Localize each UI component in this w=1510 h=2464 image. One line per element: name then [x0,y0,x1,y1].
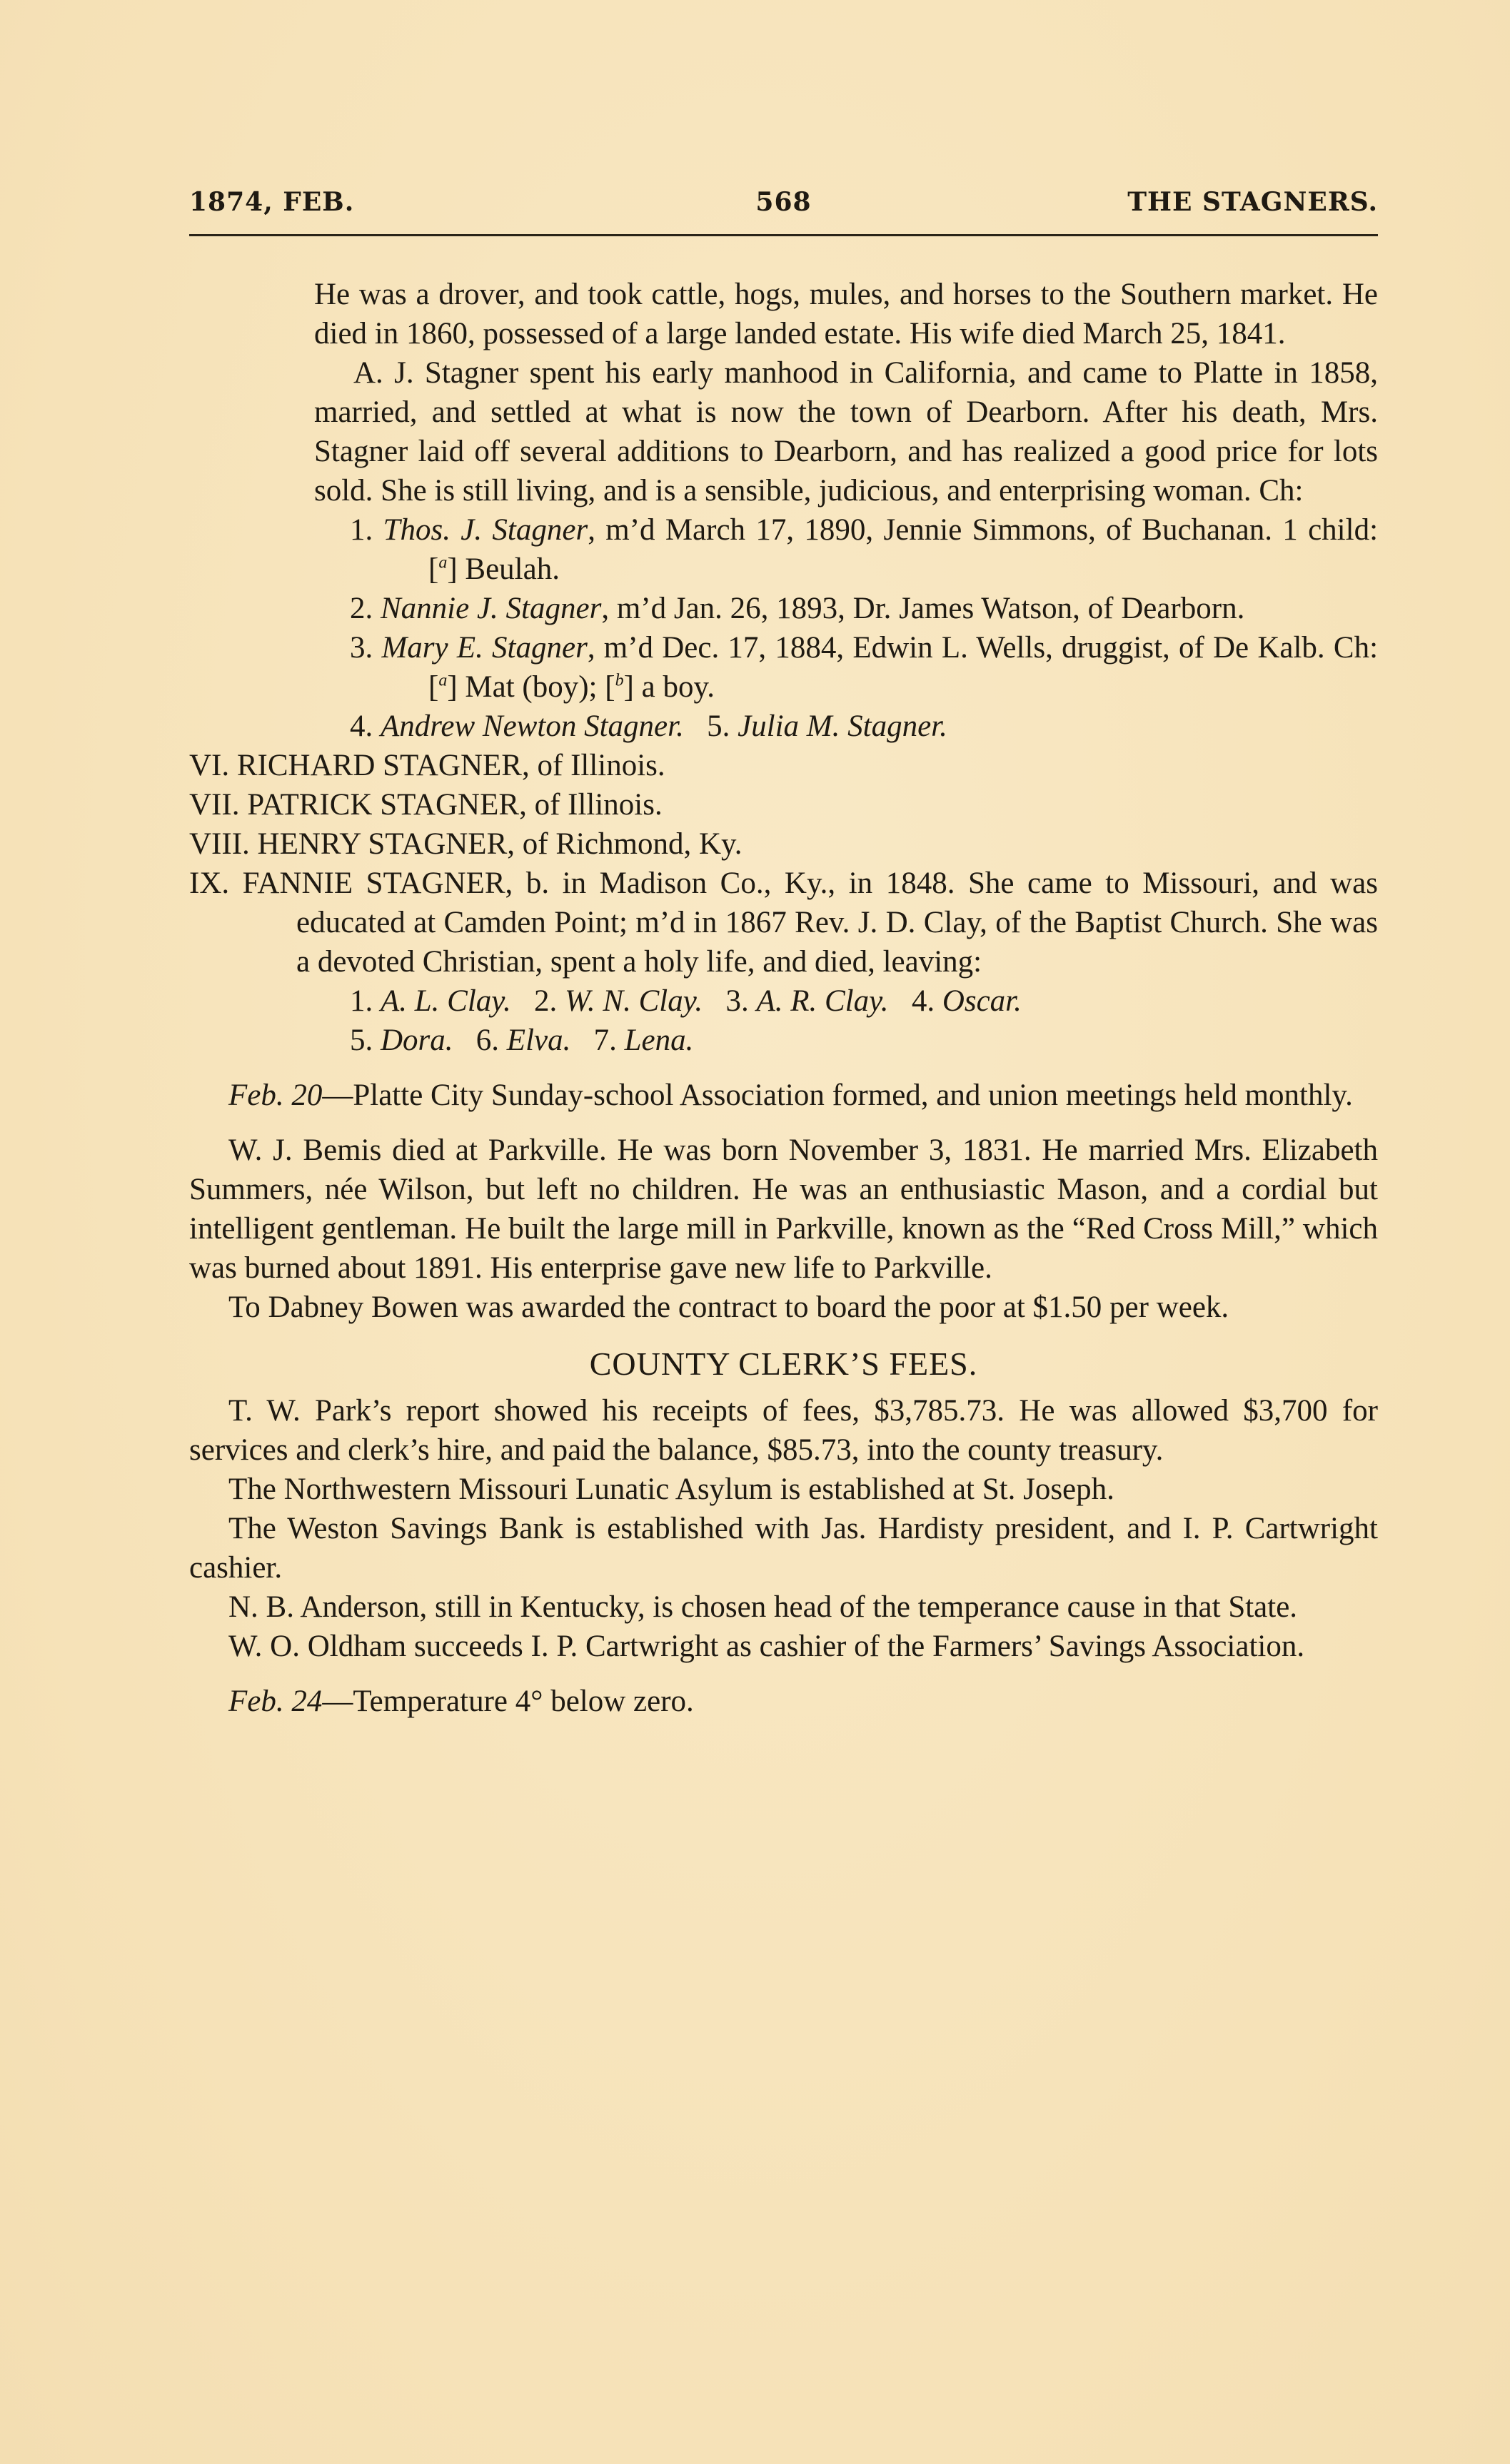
roman-entry: VII. PATRICK STAGNER, of Illinois. [189,785,1378,824]
entry-feb-20: Feb. 20—Platte City Sunday-school Associ… [189,1076,1378,1115]
child-entry: 4. Andrew Newton Stagner. 5. Julia M. St… [189,707,1378,746]
child-name: Nannie J. Stagner [381,592,601,625]
entry-date: Feb. 20 [228,1079,322,1112]
paragraph-bemis: W. J. Bemis died at Parkville. He was bo… [189,1131,1378,1288]
child-entry: 3. Mary E. Stagner, m’d Dec. 17, 1884, E… [189,628,1378,707]
children-list-clay: 1. A. L. Clay. 2. W. N. Clay. 3. A. R. C… [189,981,1378,1060]
person-name: PATRICK STAGNER [247,788,519,822]
entry-feb-24: Feb. 24—Temperature 4° below zero. [189,1682,1378,1721]
paragraph-weston: The Weston Savings Bank is established w… [189,1509,1378,1587]
spacer [189,1115,1378,1131]
section-heading: COUNTY CLERK’S FEES. [189,1343,1378,1385]
paragraph-aj-stagner: A. J. Stagner spent his early manhood in… [189,353,1378,510]
child-name: Mary E. Stagner [381,631,587,665]
child-entry: 1. Thos. J. Stagner, m’d March 17, 1890,… [189,510,1378,589]
paragraph-anderson: N. B. Anderson, still in Kentucky, is ch… [189,1587,1378,1627]
roman-numeral: VII. [189,788,239,822]
book-page: 1874, FEB. 568 THE STAGNERS. He was a dr… [0,0,1510,2464]
paragraph-park: T. W. Park’s report showed his receipts … [189,1391,1378,1470]
child-name: Andrew Newton Stagner. [381,710,684,743]
page-body: He was a drover, and took cattle, hogs, … [189,275,1378,1721]
roman-numeral: VI. [189,749,229,782]
child-name: Thos. J. Stagner [383,513,588,547]
person-name: FANNIE STAGNER [243,867,505,900]
paragraph-oldham: W. O. Oldham succeeds I. P. Cartwright a… [189,1627,1378,1666]
roman-entry: VIII. HENRY STAGNER, of Richmond, Ky. [189,824,1378,864]
running-title: THE STAGNERS. [1127,187,1378,217]
spacer [189,1060,1378,1076]
roman-numeral: VIII. [189,827,250,861]
roman-entry: IX. FANNIE STAGNER, b. in Madison Co., K… [189,864,1378,981]
roman-entry: VI. RICHARD STAGNER, of Illinois. [189,746,1378,785]
child-entry: 2. Nannie J. Stagner, m’d Jan. 26, 1893,… [189,589,1378,628]
entry-date: Feb. 24 [228,1685,322,1718]
paragraph-asylum: The Northwestern Missouri Lunatic Asylum… [189,1470,1378,1509]
person-name: RICHARD STAGNER [237,749,522,782]
paragraph-bowen: To Dabney Bowen was awarded the contract… [189,1288,1378,1327]
paragraph-drover: He was a drover, and took cattle, hogs, … [189,275,1378,353]
header-rule [189,234,1378,236]
spacer [189,1666,1378,1682]
running-header: 1874, FEB. 568 THE STAGNERS. [189,187,1378,221]
person-name: HENRY STAGNER [258,827,508,861]
roman-numeral: IX. [189,867,229,900]
child-name: Julia M. Stagner. [738,710,947,743]
